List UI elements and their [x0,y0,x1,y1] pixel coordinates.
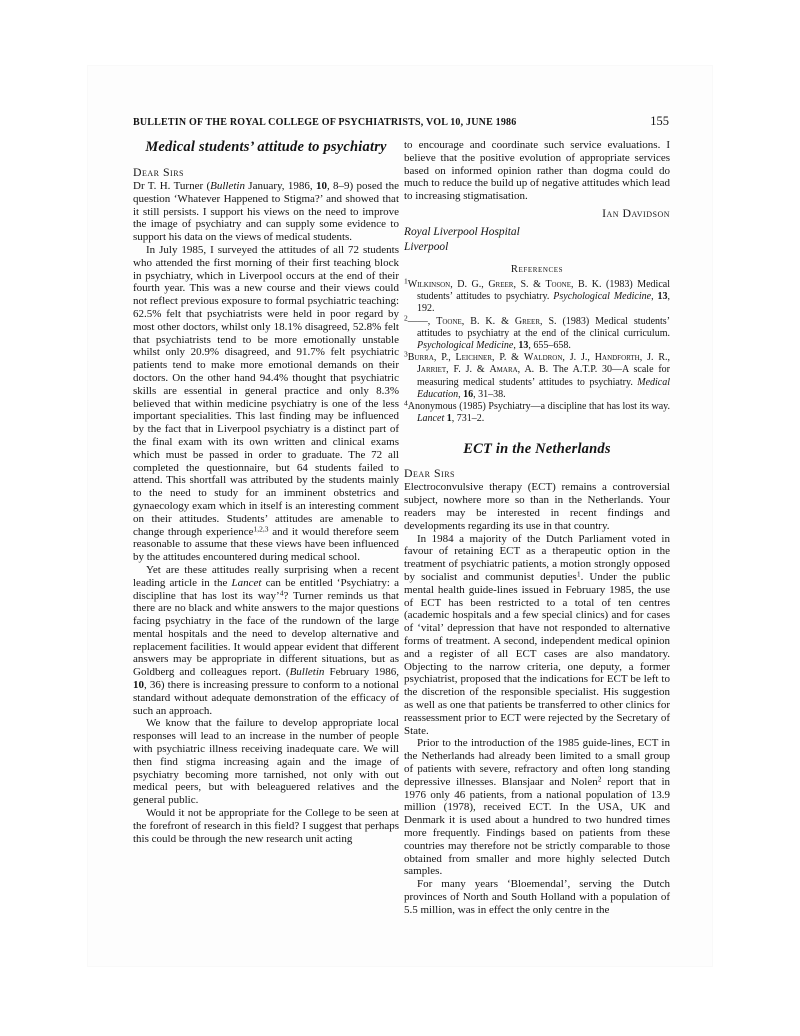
letter1-signature: Ian Davidson [404,206,670,220]
letter2-title: ECT in the Netherlands [404,440,670,458]
references-heading: References [404,264,670,276]
letter1-left-body: Dr T. H. Turner (Bulletin January, 1986,… [133,180,399,845]
paragraph: Would it not be appropriate for the Coll… [133,807,399,845]
letter1-title: Medical students’ attitude to psychiatry [133,138,399,156]
paragraph: For many years ‘Bloemendal’, serving the… [404,878,670,916]
paragraph: We know that the failure to develop appr… [133,717,399,807]
paragraph: Electroconvulsive therapy (ECT) remains … [404,481,670,532]
letter1-right-body: to encourage and coordinate such service… [404,139,670,203]
journal-title: BULLETIN OF THE ROYAL COLLEGE OF PSYCHIA… [133,117,516,128]
paragraph: Dr T. H. Turner (Bulletin January, 1986,… [133,180,399,244]
reference-item: 2——, Toone, B. K. & Greer, S. (1983) Med… [404,316,670,353]
paragraph: Prior to the introduction of the 1985 gu… [404,737,670,878]
paragraph: Yet are these attitudes really surprisin… [133,564,399,718]
affiliation-line: Royal Liverpool Hospital [404,225,670,240]
paragraph: In July 1985, I surveyed the attitudes o… [133,244,399,564]
reference-item: 1Wilkinson, D. G., Greer, S. & Toone, B.… [404,279,670,316]
page-number: 155 [650,114,669,129]
paragraph: In 1984 a majority of the Dutch Parliame… [404,533,670,738]
references-list: 1Wilkinson, D. G., Greer, S. & Toone, B.… [404,279,670,425]
letter1-salutation: Dear Sirs [133,165,399,179]
letter1-affiliation: Royal Liverpool HospitalLiverpool [404,225,670,255]
letter2-body: Electroconvulsive therapy (ECT) remains … [404,481,670,916]
reference-item: 4Anonymous (1985) Psychiatry—a disciplin… [404,401,670,425]
paragraph: to encourage and coordinate such service… [404,139,670,203]
letter2-salutation: Dear Sirs [404,466,670,480]
affiliation-line: Liverpool [404,240,670,255]
reference-item: 3Burra, P., Leichner, P. & Waldron, J. J… [404,352,670,401]
right-column: to encourage and coordinate such service… [404,139,670,917]
left-column: Medical students’ attitude to psychiatry… [133,138,399,845]
page-header: BULLETIN OF THE ROYAL COLLEGE OF PSYCHIA… [133,114,669,129]
